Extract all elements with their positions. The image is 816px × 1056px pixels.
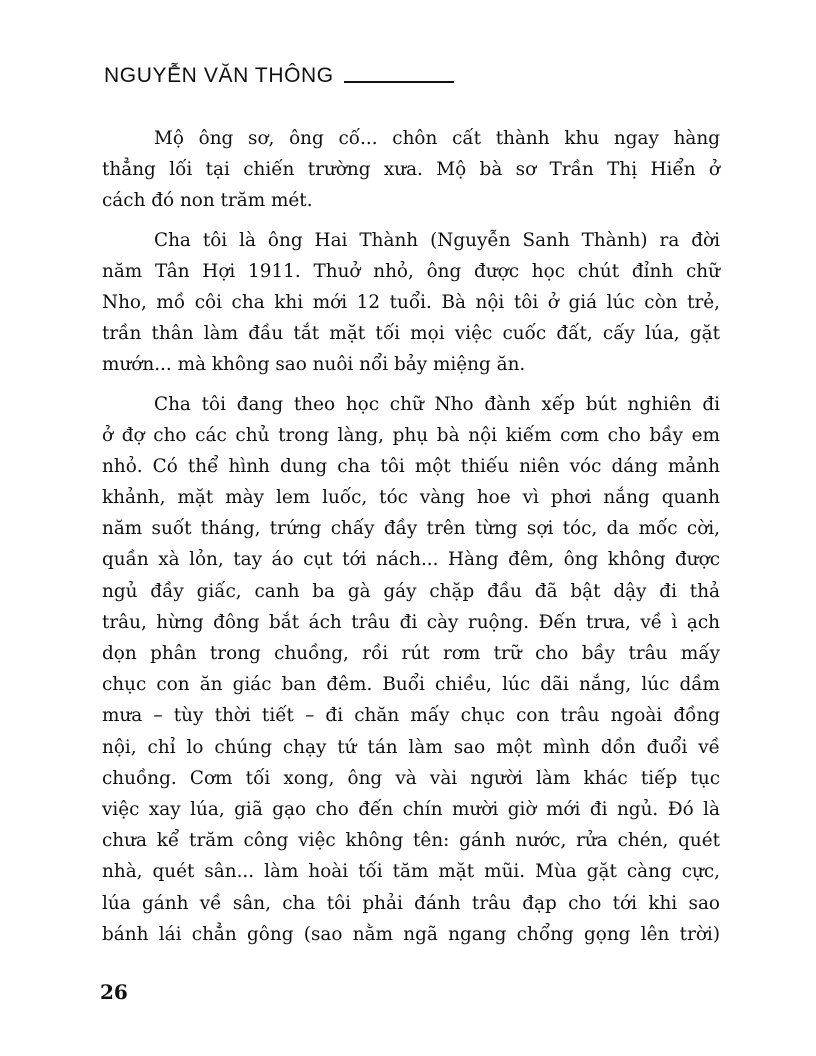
text-line: mưa – tùy thời tiết – đi chăn mấy chục c… (102, 700, 720, 731)
text-line: cách đó non trăm mét. (102, 185, 720, 216)
text-line: chưa kể trăm công việc không tên: gánh n… (102, 825, 720, 856)
text-line: Cha tôi đang theo học chữ Nho đành xếp b… (102, 389, 720, 420)
text-line: mướn... mà không sao nuôi nổi bảy miệng … (102, 349, 720, 380)
text-line: việc xay lúa, giã gạo cho đến chín mười … (102, 794, 720, 825)
text-line: ở đợ cho các chủ trong làng, phụ bà nội … (102, 420, 720, 451)
header-rule (344, 81, 454, 83)
text-line: dọn phân trong chuồng, rồi rút rơm trữ c… (102, 638, 720, 669)
paragraph-2: Cha tôi là ông Hai Thành (Nguyễn Sanh Th… (102, 225, 720, 381)
text-line: Cha tôi là ông Hai Thành (Nguyễn Sanh Th… (102, 225, 720, 256)
text-line: chục con ăn giác ban đêm. Buổi chiều, lú… (102, 669, 720, 700)
text-line: Mộ ông sơ, ông cố... chôn cất thành khu … (102, 123, 720, 154)
page-number: 26 (100, 980, 128, 1004)
text-line: bánh lái chẳn gông (sao nằm ngã ngang ch… (102, 919, 720, 950)
text-line: chuồng. Cơm tối xong, ông và vài người l… (102, 763, 720, 794)
text-line: quần xà lỏn, tay áo cụt tới nách... Hàng… (102, 544, 720, 575)
text-line: lúa gánh về sân, cha tôi phải đánh trâu … (102, 888, 720, 919)
text-line: trâu, hừng đông bắt ách trâu đi cày ruộn… (102, 607, 720, 638)
text-line: nội, chỉ lo chúng chạy tứ tán làm sao mộ… (102, 732, 720, 763)
text-line: nhà, quét sân... làm hoài tối tăm mặt mũ… (102, 856, 720, 887)
text-line: trần thân làm đầu tắt mặt tối mọi việc c… (102, 318, 720, 349)
text-line: ngủ đầy giấc, canh ba gà gáy chặp đầu đã… (102, 576, 720, 607)
book-page: NGUYỄN VĂN THÔNG Mộ ông sơ, ông cố... ch… (0, 0, 816, 1056)
running-header: NGUYỄN VĂN THÔNG (104, 64, 454, 88)
paragraph-1: Mộ ông sơ, ông cố... chôn cất thành khu … (102, 123, 720, 217)
text-line: năm Tân Hợi 1911. Thuở nhỏ, ông được học… (102, 256, 720, 287)
running-title: NGUYỄN VĂN THÔNG (104, 64, 334, 88)
text-line: khảnh, mặt mày lem luốc, tóc vàng hoe vì… (102, 482, 720, 513)
text-line: Nho, mồ côi cha khi mới 12 tuổi. Bà nội … (102, 287, 720, 318)
text-line: năm suốt tháng, trứng chấy đầy trên từng… (102, 513, 720, 544)
text-line: nhỏ. Có thể hình dung cha tôi một thiếu … (102, 451, 720, 482)
text-line: thẳng lối tại chiến trường xưa. Mộ bà sơ… (102, 154, 720, 185)
body-text: Mộ ông sơ, ông cố... chôn cất thành khu … (102, 123, 720, 958)
paragraph-3: Cha tôi đang theo học chữ Nho đành xếp b… (102, 389, 720, 950)
